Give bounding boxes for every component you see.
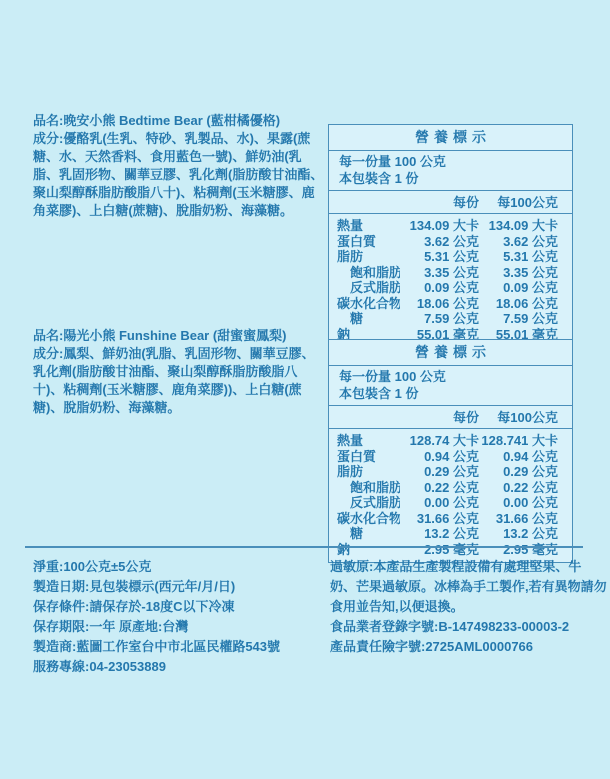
footer-right: 過敏原:本產品生產製程設備有處理堅果、牛奶、芒果過敏原。冰棒為手工製作,若有異物… [330,557,607,657]
nutrition-row: 糖 13.2 公克 13.2 公克 [329,526,572,542]
row-label: 脂肪 [337,464,400,480]
manufacture-date-line: 製造日期:見包裝標示(西元年/月/日) [33,577,329,597]
row-value-per-100g: 31.66 公克 [479,511,558,527]
nutrition-table-1: 營養標示 每一份量 100 公克 本包裝含 1 份 每份 每100公克 熱量 1… [328,124,573,348]
shelf-life-origin-line: 保存期限:一年 原產地:台灣 [33,617,329,637]
service-hotline-line: 服務專線:04-23053889 [33,657,329,677]
row-label: 脂肪 [337,249,400,265]
col-per-serving: 每份 [400,407,479,426]
product-ingredients: 成分:鳳梨、鮮奶油(乳脂、乳固形物、關華豆膠、乳化劑(脂肪酸甘油酯、聚山梨醇酥脂… [33,345,327,417]
row-value-per-serving: 0.00 公克 [400,495,479,511]
row-value-per-100g: 134.09 大卡 [479,218,558,234]
row-label: 鈉 [337,542,400,558]
net-weight-line: 淨重:100公克±5公克 [33,557,329,577]
nutrition-row: 反式脂肪 0.09 公克 0.09 公克 [329,280,572,296]
row-value-per-100g: 13.2 公克 [479,526,558,542]
nutrition-row: 蛋白質 0.94 公克 0.94 公克 [329,449,572,465]
row-value-per-serving: 0.22 公克 [400,480,479,496]
col-per-100g: 每100公克 [479,407,558,426]
row-value-per-serving: 0.94 公克 [400,449,479,465]
nutrition-row: 熱量 128.74 大卡 128.741 大卡 [329,433,572,449]
product-name: 品名:陽光小熊 Funshine Bear (甜蜜蜜鳳梨) [33,327,327,345]
row-value-per-100g: 3.62 公克 [479,234,558,250]
row-label: 飽和脂肪 [337,265,400,281]
nutrition-row: 碳水化合物 31.66 公克 31.66 公克 [329,511,572,527]
row-value-per-serving: 5.31 公克 [400,249,479,265]
storage-condition-line: 保存條件:請保存於-18度C以下冷凍 [33,597,329,617]
nutrition-title: 營養標示 [329,340,572,366]
row-value-per-serving: 13.2 公克 [400,526,479,542]
row-value-per-100g: 7.59 公克 [479,311,558,327]
nutrition-row: 脂肪 0.29 公克 0.29 公克 [329,464,572,480]
serving-info: 每一份量 100 公克 本包裝含 1 份 [329,151,572,191]
row-value-per-100g: 0.94 公克 [479,449,558,465]
nutrition-row: 脂肪 5.31 公克 5.31 公克 [329,249,572,265]
product-1-description: 品名:晚安小熊 Bedtime Bear (藍柑橘優格) 成分:優酪乳(生乳、特… [33,112,327,220]
nutrition-row: 反式脂肪 0.00 公克 0.00 公克 [329,495,572,511]
row-value-per-100g: 3.35 公克 [479,265,558,281]
row-label: 熱量 [337,218,400,234]
col-per-serving: 每份 [400,192,479,211]
row-label: 蛋白質 [337,449,400,465]
row-label: 飽和脂肪 [337,480,400,496]
row-value-per-serving: 134.09 大卡 [400,218,479,234]
row-value-per-100g: 0.29 公克 [479,464,558,480]
row-label: 反式脂肪 [337,280,400,296]
nutrition-rows: 熱量 134.09 大卡 134.09 大卡 蛋白質 3.62 公克 3.62 … [329,214,572,347]
insurance-number-line: 產品責任險字號:2725AML0000766 [330,637,607,657]
servings-per-pack: 本包裝含 1 份 [339,385,564,402]
serving-info: 每一份量 100 公克 本包裝含 1 份 [329,366,572,406]
column-headers: 每份 每100公克 [329,406,572,429]
row-value-per-100g: 0.22 公克 [479,480,558,496]
nutrition-row: 碳水化合物 18.06 公克 18.06 公克 [329,296,572,312]
row-value-per-serving: 31.66 公克 [400,511,479,527]
servings-per-pack: 本包裝含 1 份 [339,170,564,187]
registration-number-line: 食品業者登錄字號:B-147498233-00003-2 [330,617,607,637]
row-value-per-serving: 128.74 大卡 [400,433,479,449]
footer-left: 淨重:100公克±5公克 製造日期:見包裝標示(西元年/月/日) 保存條件:請保… [33,557,329,677]
nutrition-row: 蛋白質 3.62 公克 3.62 公克 [329,234,572,250]
nutrition-rows: 熱量 128.74 大卡 128.741 大卡 蛋白質 0.94 公克 0.94… [329,429,572,562]
serving-size: 每一份量 100 公克 [339,153,564,170]
row-label: 蛋白質 [337,234,400,250]
row-value-per-100g: 0.00 公克 [479,495,558,511]
row-value-per-serving: 18.06 公克 [400,296,479,312]
row-value-per-100g: 128.741 大卡 [479,433,558,449]
row-value-per-serving: 0.29 公克 [400,464,479,480]
row-value-per-serving: 7.59 公克 [400,311,479,327]
horizontal-divider [25,546,583,548]
row-label: 熱量 [337,433,400,449]
serving-size: 每一份量 100 公克 [339,368,564,385]
row-label: 糖 [337,526,400,542]
product-2-description: 品名:陽光小熊 Funshine Bear (甜蜜蜜鳳梨) 成分:鳳梨、鮮奶油(… [33,327,327,417]
row-value-per-100g: 0.09 公克 [479,280,558,296]
row-value-per-serving: 3.35 公克 [400,265,479,281]
row-label: 碳水化合物 [337,296,400,312]
row-label: 糖 [337,311,400,327]
product-name: 品名:晚安小熊 Bedtime Bear (藍柑橘優格) [33,112,327,130]
nutrition-row: 飽和脂肪 0.22 公克 0.22 公克 [329,480,572,496]
nutrition-title: 營養標示 [329,125,572,151]
product-ingredients: 成分:優酪乳(生乳、特砂、乳製品、水)、果露(蔗糖、水、天然香料、食用藍色一號)… [33,130,327,220]
row-value-per-serving: 0.09 公克 [400,280,479,296]
row-value-per-100g: 18.06 公克 [479,296,558,312]
row-value-per-serving: 3.62 公克 [400,234,479,250]
nutrition-row: 糖 7.59 公克 7.59 公克 [329,311,572,327]
col-per-100g: 每100公克 [479,192,558,211]
row-label: 反式脂肪 [337,495,400,511]
nutrition-table-2: 營養標示 每一份量 100 公克 本包裝含 1 份 每份 每100公克 熱量 1… [328,339,573,563]
nutrition-row: 鈉 2.95 毫克 2.95 毫克 [329,542,572,558]
nutrition-row: 飽和脂肪 3.35 公克 3.35 公克 [329,265,572,281]
row-label: 碳水化合物 [337,511,400,527]
allergen-text: 過敏原:本產品生產製程設備有處理堅果、牛奶、芒果過敏原。冰棒為手工製作,若有異物… [330,557,607,617]
row-value-per-100g: 5.31 公克 [479,249,558,265]
row-value-per-100g: 2.95 毫克 [479,542,558,558]
row-value-per-serving: 2.95 毫克 [400,542,479,558]
nutrition-row: 熱量 134.09 大卡 134.09 大卡 [329,218,572,234]
column-headers: 每份 每100公克 [329,191,572,214]
manufacturer-line: 製造商:藍圖工作室台中市北區民權路543號 [33,637,329,657]
